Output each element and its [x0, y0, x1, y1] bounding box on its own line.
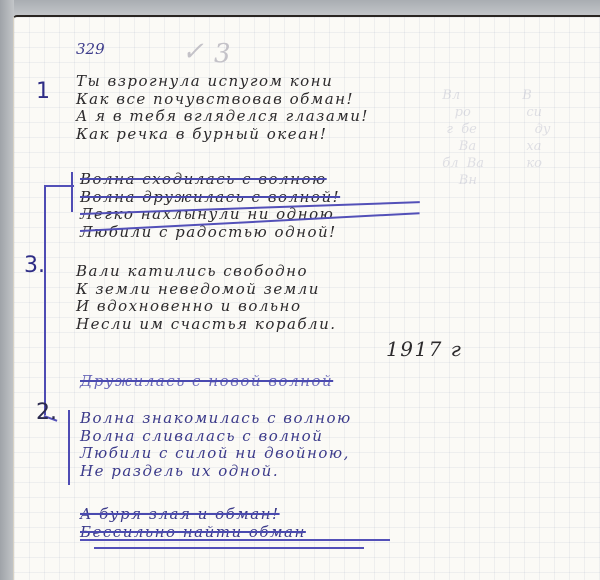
bleed-through-text: В си ду ха ко	[514, 87, 550, 172]
stanza-label: 2.	[36, 400, 57, 425]
poem-line-struck: А буря злая и обман!	[80, 505, 306, 523]
poem-line: К земли неведомой земли	[76, 280, 337, 298]
check-mark: ✓	[182, 37, 205, 67]
poem-line: И вдохновенно и вольно	[76, 297, 337, 315]
poem-line: Как все почувствовав обман!	[76, 90, 369, 108]
poem-line-struck: Волна сходилась с волною	[80, 170, 340, 188]
date: 1917 г	[386, 337, 462, 361]
poem-line: Не раздель их одной.	[80, 462, 352, 480]
poem-line: Волна знакомилась с волною	[80, 409, 352, 427]
stanza-1: Ты взрогнула испугом кони Как все почувс…	[76, 72, 369, 142]
poem-line: Любили с радостью одной!	[80, 223, 340, 241]
struck-line: Дружилась с новой волной	[80, 372, 333, 390]
faint-numeral: 3	[214, 39, 232, 69]
struck-stanza: А буря злая и обман! Бессильно найти обм…	[80, 505, 306, 540]
stanza-2: Волна знакомилась с волною Волна сливала…	[80, 409, 352, 479]
strike-line	[80, 539, 390, 541]
notebook-page: Вл ро г бе Ва бл Ва Вн В си ду ха ко 329…	[13, 15, 600, 580]
poem-line: Вали катились свободно	[76, 262, 337, 280]
page-number: 329	[76, 40, 105, 58]
poem-line: Несли им счастья корабли.	[76, 315, 337, 333]
stanza-marker	[68, 410, 70, 485]
poem-line-struck: Бессильно найти обман	[80, 523, 306, 541]
stanza-marker	[71, 172, 73, 212]
strike-line	[94, 547, 364, 549]
bracket-top	[44, 185, 74, 187]
poem-line: Любили с силой ни двойною,	[80, 444, 352, 462]
bleed-through-text: Вл ро г бе Ва бл Ва Вн	[434, 87, 484, 189]
poem-line: Как речка в бурный океан!	[76, 125, 369, 143]
scan-background-left	[0, 0, 14, 580]
poem-line-struck: Волна дружилась с волной!	[80, 188, 340, 206]
stanza-label: 1	[36, 79, 50, 104]
stanza-3: Вали катились свободно К земли неведомой…	[76, 262, 337, 332]
bracket-vertical	[44, 185, 46, 415]
poem-line: А я в тебя вгляделся глазами!	[76, 107, 369, 125]
poem-line: Ты взрогнула испугом кони	[76, 72, 369, 90]
stanza-label: 3.	[24, 253, 45, 278]
poem-line: Волна сливалась с волной	[80, 427, 352, 445]
